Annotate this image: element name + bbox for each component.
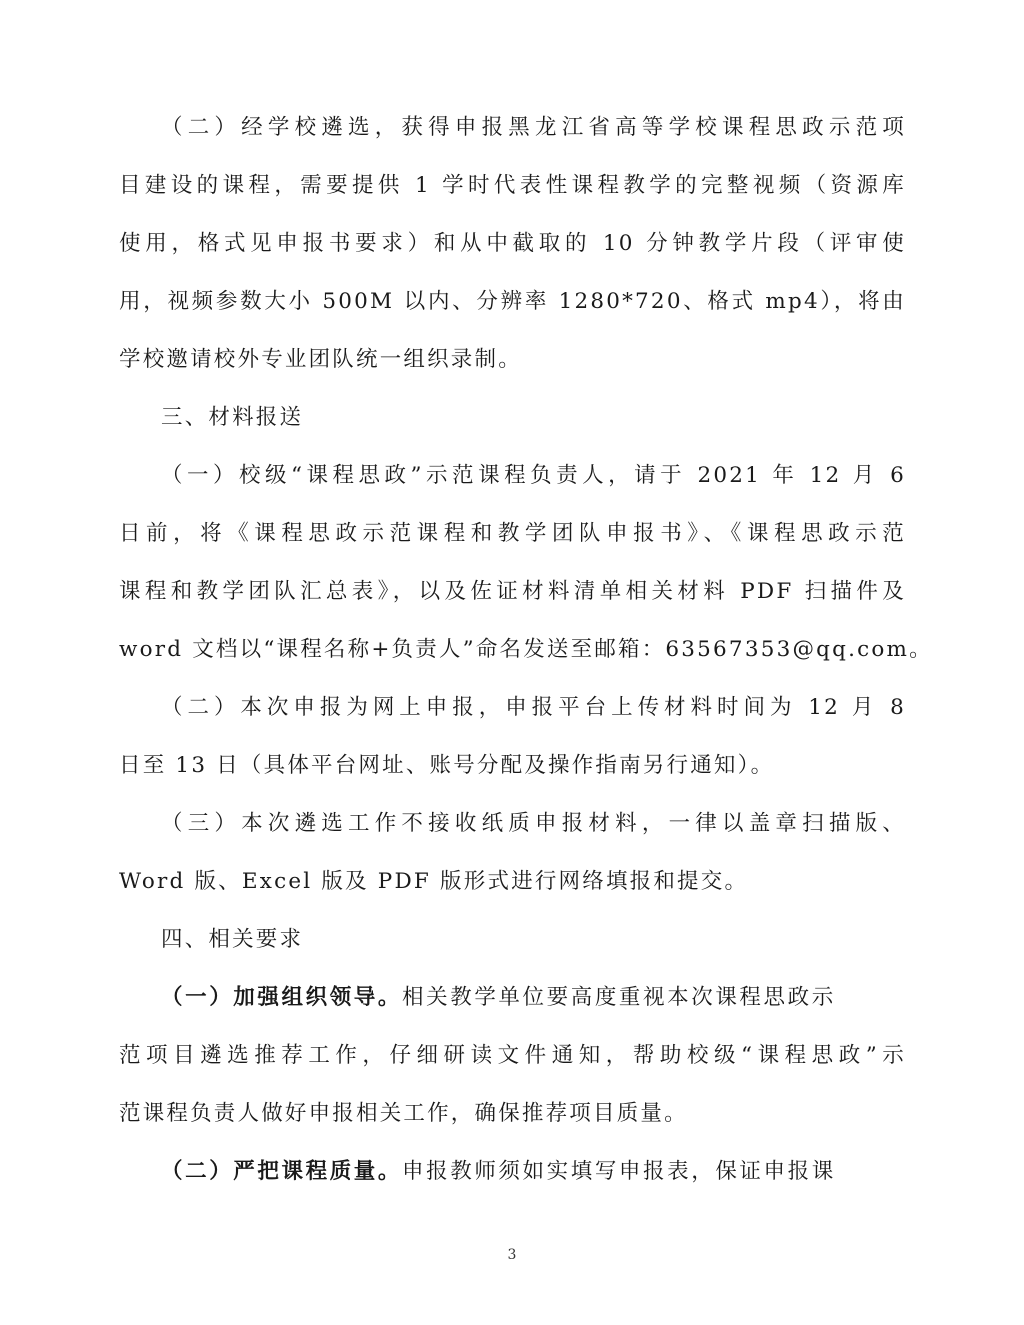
paragraph-line: 日前，将《课程思政示范课程和教学团队申报书》、《课程思政示范	[119, 519, 906, 549]
paragraph-line: （二）经学校遴选，获得申报黑龙江省高等学校课程思政示范项	[161, 113, 906, 143]
paragraph-line: 用，视频参数大小 500M 以内、分辨率 1280*720、格式 mp4），将由	[119, 287, 906, 317]
requirement-2-text: 申报教师须如实填写申报表，保证申报课	[402, 1159, 836, 1184]
requirement-2-line: （二）严把课程质量。申报教师须如实填写申报表，保证申报课	[161, 1157, 906, 1187]
paragraph-line: （一）校级“课程思政”示范课程负责人，请于 2021 年 12 月 6	[161, 461, 906, 491]
paragraph-line: 使用，格式见申报书要求）和从中截取的 10 分钟教学片段（评审使	[119, 229, 906, 259]
paragraph-line: （三）本次遴选工作不接收纸质申报材料，一律以盖章扫描版、	[161, 809, 906, 839]
section-heading-materials: 三、材料报送	[161, 403, 906, 433]
paragraph-line: 日至 13 日（具体平台网址、账号分配及操作指南另行通知）。	[119, 751, 906, 781]
section-heading-requirements: 四、相关要求	[161, 925, 906, 955]
paragraph-line: Word 版、Excel 版及 PDF 版形式进行网络填报和提交。	[119, 867, 906, 897]
paragraph-line: 范项目遴选推荐工作，仔细研读文件通知，帮助校级“课程思政”示	[119, 1041, 906, 1071]
paragraph-line-email: word 文档以“课程名称+负责人”命名发送至邮箱：63567353@qq.co…	[119, 635, 906, 665]
page-number: 3	[0, 1245, 1024, 1265]
paragraph-line: 目建设的课程，需要提供 1 学时代表性课程教学的完整视频（资源库	[119, 171, 906, 201]
paragraph-line: （二）本次申报为网上申报，申报平台上传材料时间为 12 月 8	[161, 693, 906, 723]
paragraph-line: 课程和教学团队汇总表》，以及佐证材料清单相关材料 PDF 扫描件及	[119, 577, 906, 607]
paragraph-line: 范课程负责人做好申报相关工作，确保推荐项目质量。	[119, 1099, 906, 1129]
requirement-1-text: 相关教学单位要高度重视本次课程思政示	[402, 985, 836, 1010]
requirement-2-title: （二）严把课程质量。	[161, 1159, 402, 1184]
document-page: （二）经学校遴选，获得申报黑龙江省高等学校课程思政示范项 目建设的课程，需要提供…	[0, 0, 1024, 1325]
paragraph-line: 学校邀请校外专业团队统一组织录制。	[119, 345, 906, 375]
requirement-1-title: （一）加强组织领导。	[161, 985, 402, 1010]
requirement-1-line: （一）加强组织领导。相关教学单位要高度重视本次课程思政示	[161, 983, 906, 1013]
